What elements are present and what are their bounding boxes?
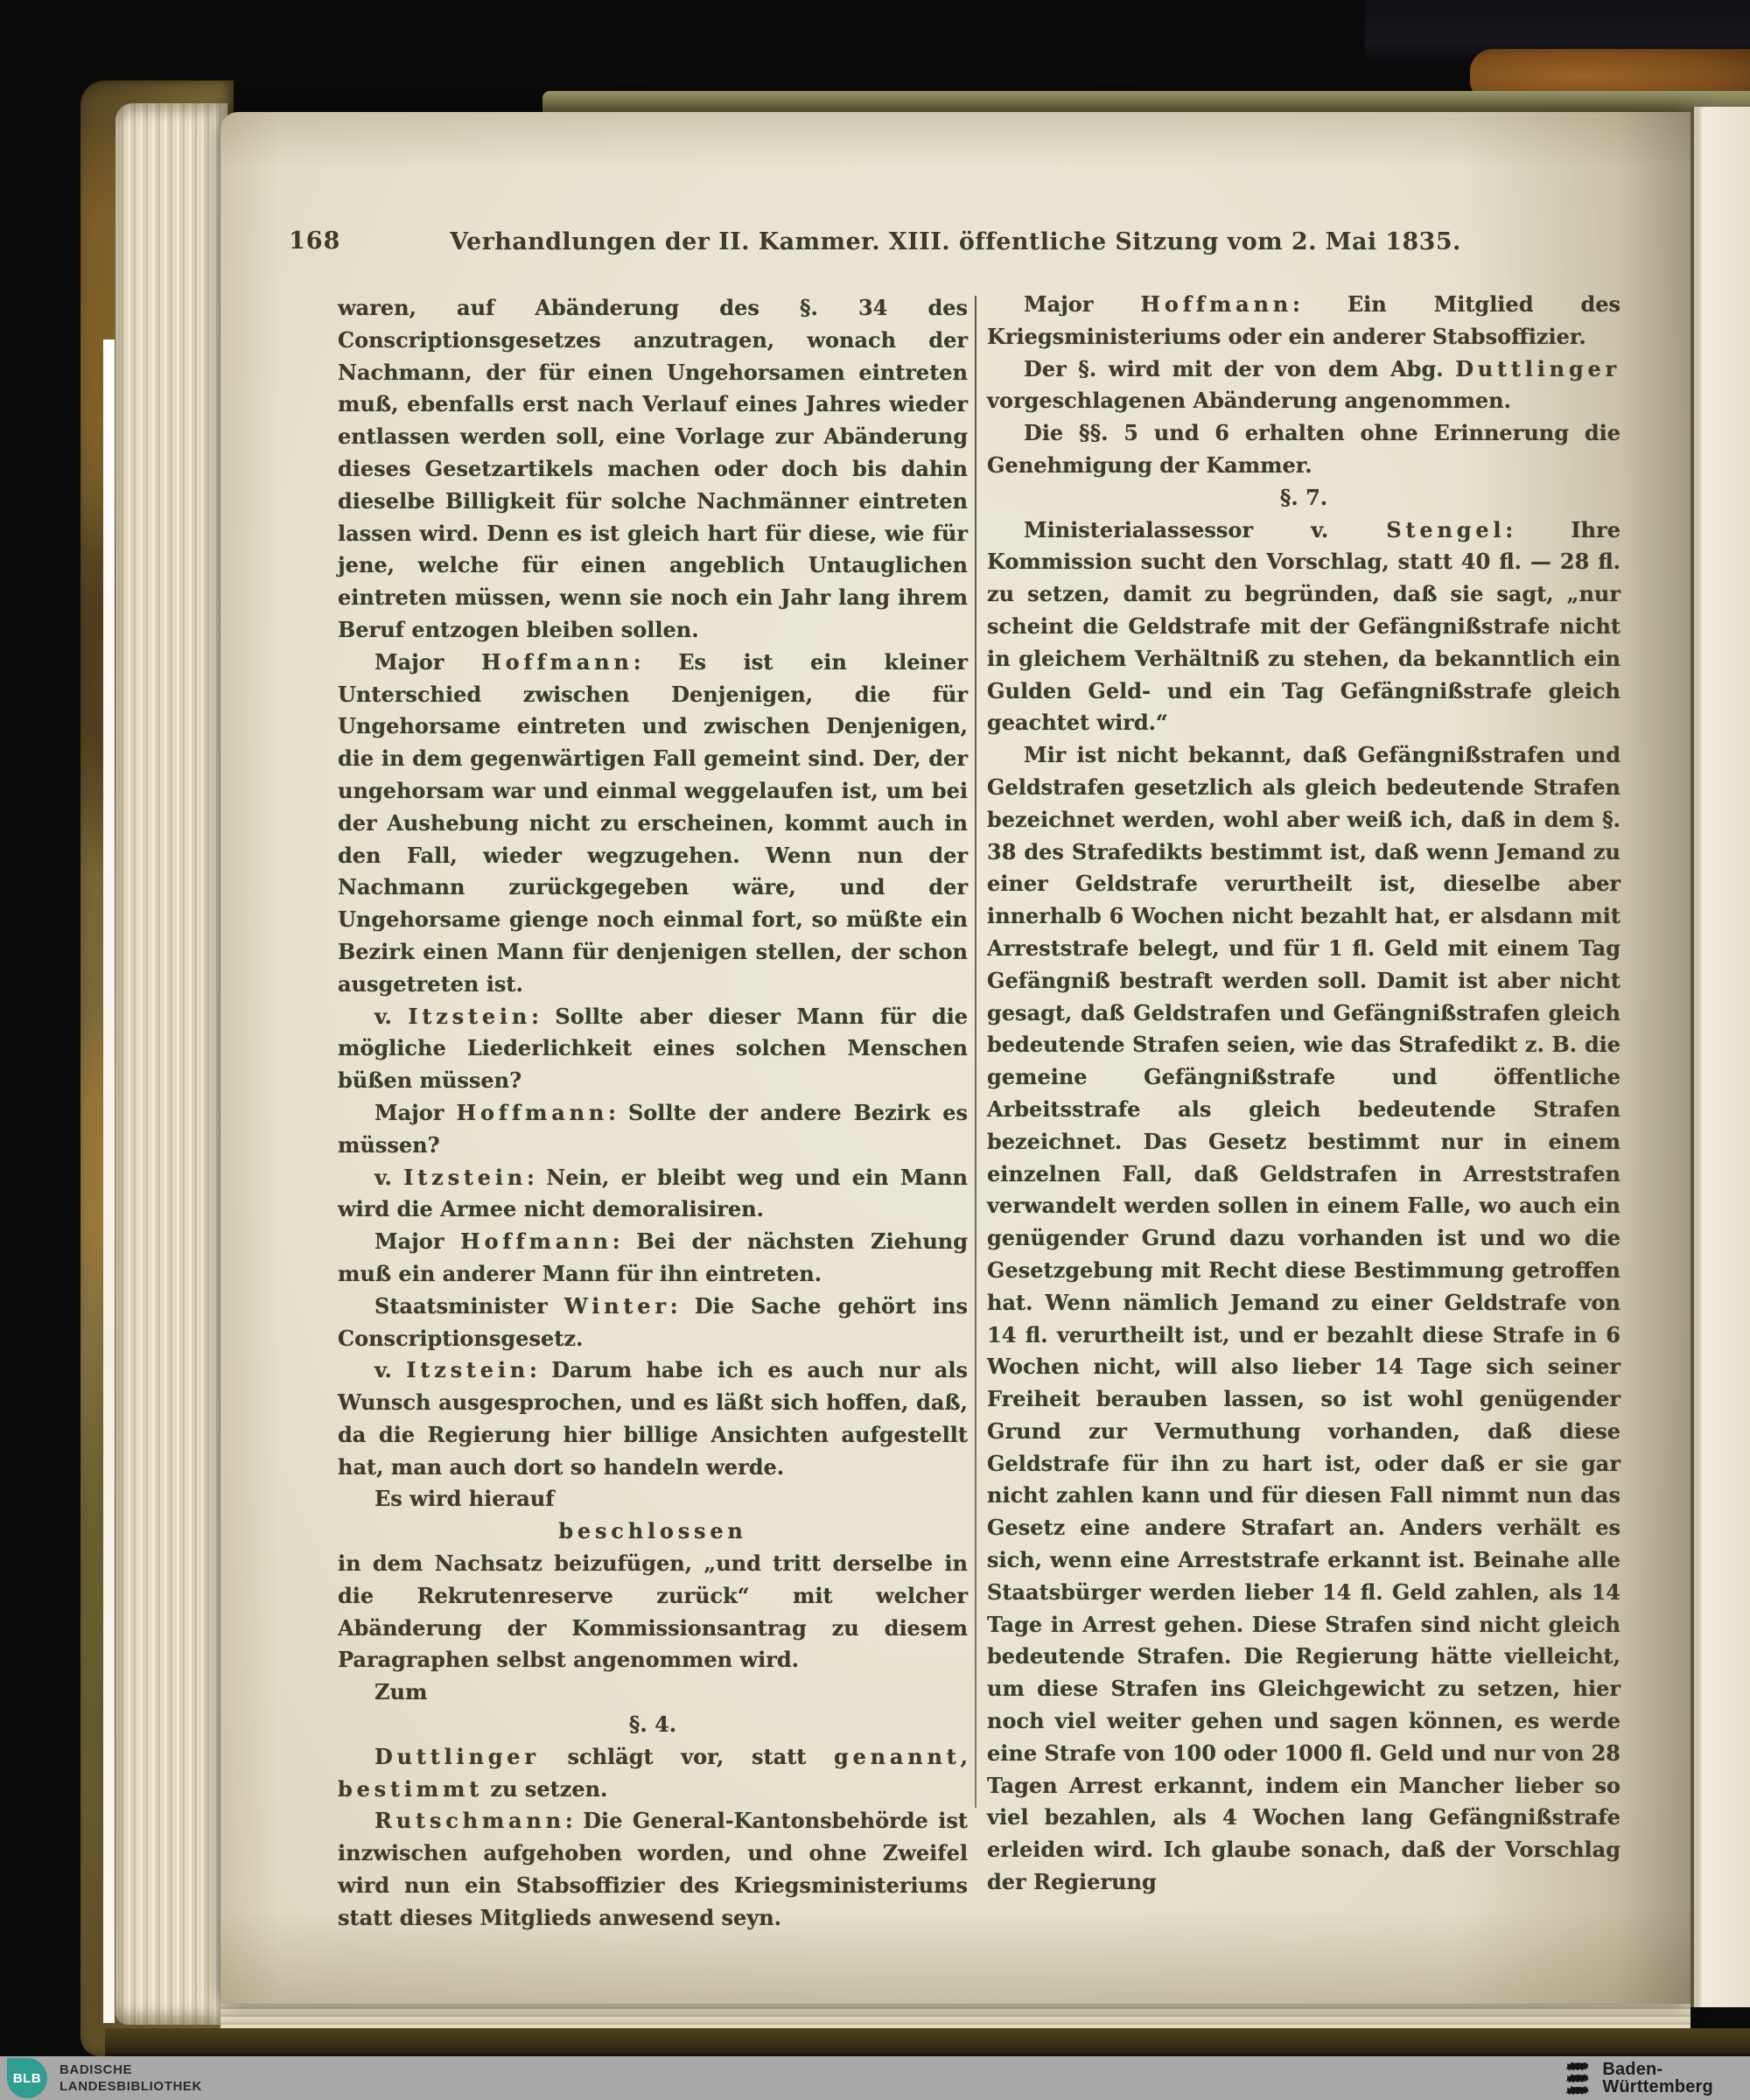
column-divider-rule <box>975 296 976 1808</box>
state-logo-link[interactable]: Baden-Württemberg <box>1564 2058 1750 2098</box>
paragraph-segment: Itzstein <box>403 1165 527 1190</box>
paragraph: Major Hoffmann: Es ist ein kleiner Unter… <box>338 647 968 1001</box>
paragraph: in dem Nachsatz beizufügen, „und tritt d… <box>338 1548 968 1676</box>
paragraph-segment: genannt <box>834 1744 961 1769</box>
paragraph-segment: Itzstein <box>406 1357 529 1382</box>
paragraph-segment: bestimmt <box>338 1776 483 1802</box>
facing-page-edge <box>1690 107 1750 2007</box>
paragraph-segment: schlägt vor, statt <box>540 1744 834 1769</box>
paragraph: v. Itzstein: Darum habe ich es auch nur … <box>338 1354 968 1483</box>
paragraph: Major Hoffmann: Ein Mitglied des Kriegsm… <box>987 289 1620 353</box>
paragraph-segment: v. <box>374 1165 403 1190</box>
paragraph-segment: in dem Nachsatz beizufügen, „und tritt d… <box>338 1550 968 1672</box>
paragraph-segment: Mir ist nicht bekannt, daß Gefängnißstra… <box>987 742 1620 1894</box>
paragraph-segment: Major <box>374 649 481 675</box>
paragraph-segment: v. <box>374 1357 406 1382</box>
blb-logo-text: BLB <box>13 2072 41 2085</box>
paragraph: v. Itzstein: Nein, er bleibt weg und ein… <box>338 1162 968 1227</box>
paragraph-segment: Die §§. 5 und 6 erhalten ohne Erinnerung… <box>987 420 1620 478</box>
page-header-title: Verhandlungen der II. Kammer. XIII. öffe… <box>220 228 1690 256</box>
page-fore-edge <box>103 339 115 2023</box>
paragraph: Staatsminister Winter: Die Sache gehört … <box>338 1291 968 1355</box>
paragraph-segment: Rutschmann <box>374 1808 565 1833</box>
paragraph: Zum <box>338 1676 968 1709</box>
paragraph-segment: : Ihre Kommission sucht den Vorschlag, s… <box>987 517 1620 736</box>
library-name-line2: LANDESBIBLIOTHEK <box>59 2078 202 2095</box>
paragraph-segment: Major <box>1024 291 1140 317</box>
library-name-line1: BADISCHE <box>59 2061 202 2078</box>
paragraph-segment: Major <box>374 1228 460 1254</box>
state-name: Baden-Württemberg <box>1602 2061 1750 2096</box>
paragraph-segment: Itzstein <box>408 1004 531 1029</box>
paragraph-segment: Stengel <box>1386 517 1505 542</box>
paragraph: waren, auf Abänderung des §. 34 des Cons… <box>338 292 968 647</box>
paragraph-segment: zu setzen. <box>483 1776 607 1802</box>
paragraph-segment: Hoffmann <box>456 1100 608 1125</box>
paragraph: Major Hoffmann: Bei der nächsten Ziehung… <box>338 1226 968 1291</box>
paragraph-segment: Winter <box>564 1293 670 1319</box>
paragraph-segment: Der §. wird mit der von dem Abg. <box>1024 356 1455 381</box>
paragraph-segment: beschlossen <box>558 1518 746 1543</box>
paragraph-segment: vorgeschlagenen Abänderung angenommen. <box>987 388 1511 413</box>
paragraph-segment: : Es ist ein kleiner Unterschied zwische… <box>338 649 968 997</box>
paragraph: v. Itzstein: Sollte aber dieser Mann für… <box>338 1001 968 1097</box>
paragraph-segment: Es wird hierauf <box>374 1486 555 1511</box>
paragraph-segment: waren, auf Abänderung des §. 34 des Cons… <box>338 295 968 642</box>
paragraph-segment: Hoffmann <box>460 1228 612 1254</box>
paragraph-segment: Staatsminister <box>374 1293 564 1319</box>
paragraph: Die §§. 5 und 6 erhalten ohne Erinnerung… <box>987 417 1620 482</box>
library-name: BADISCHE LANDESBIBLIOTHEK <box>59 2061 202 2095</box>
paragraph-segment: Hoffmann <box>481 649 633 675</box>
paragraph-segment: Major <box>374 1100 456 1125</box>
paragraph: Mir ist nicht bekannt, daß Gefängnißstra… <box>987 739 1620 1899</box>
paragraph-segment: Duttlinger <box>374 1744 540 1769</box>
paragraph: Der §. wird mit der von dem Abg. Duttlin… <box>987 353 1620 418</box>
blb-logo-icon: BLB <box>7 2058 47 2098</box>
paragraph: Major Hoffmann: Sollte der andere Bezirk… <box>338 1097 968 1162</box>
paragraph: Ministerialassessor v. Stengel: Ihre Kom… <box>987 514 1620 740</box>
paragraph: Duttlinger schlägt vor, statt genannt, b… <box>338 1741 968 1806</box>
baden-wuerttemberg-lions-icon <box>1564 2058 1590 2098</box>
viewer-footer-bar <box>0 2056 1750 2100</box>
text-column-right: Major Hoffmann: Ein Mitglied des Kriegsm… <box>987 289 1620 1899</box>
page-stack-left <box>115 103 227 2025</box>
paragraph: Es wird hierauf <box>338 1483 968 1515</box>
paragraph-segment: Duttlinger <box>1455 356 1620 381</box>
paragraph-segment: §. 4. <box>629 1711 676 1737</box>
paragraph-segment: , <box>961 1744 968 1769</box>
paragraph: beschlossen <box>338 1515 968 1548</box>
text-column-left: waren, auf Abänderung des §. 34 des Cons… <box>338 292 968 1935</box>
paragraph-segment: Zum <box>374 1679 427 1704</box>
paragraph-segment: Hoffmann <box>1140 291 1292 317</box>
digitized-book-viewer: { "page": { "number": "168", "header_tit… <box>0 0 1750 2100</box>
book-cover-bottom-edge <box>105 2028 1750 2056</box>
paragraph-segment: Ministerialassessor v. <box>1024 517 1386 542</box>
paragraph-segment: v. <box>374 1004 408 1029</box>
paragraph: §. 7. <box>987 482 1620 514</box>
paragraph: §. 4. <box>338 1709 968 1741</box>
paragraph: Rutschmann: Die General-Kantonsbehörde i… <box>338 1805 968 1934</box>
paragraph-segment: §. 7. <box>1280 485 1327 510</box>
library-logo-link[interactable]: BLB BADISCHE LANDESBIBLIOTHEK <box>7 2058 202 2098</box>
